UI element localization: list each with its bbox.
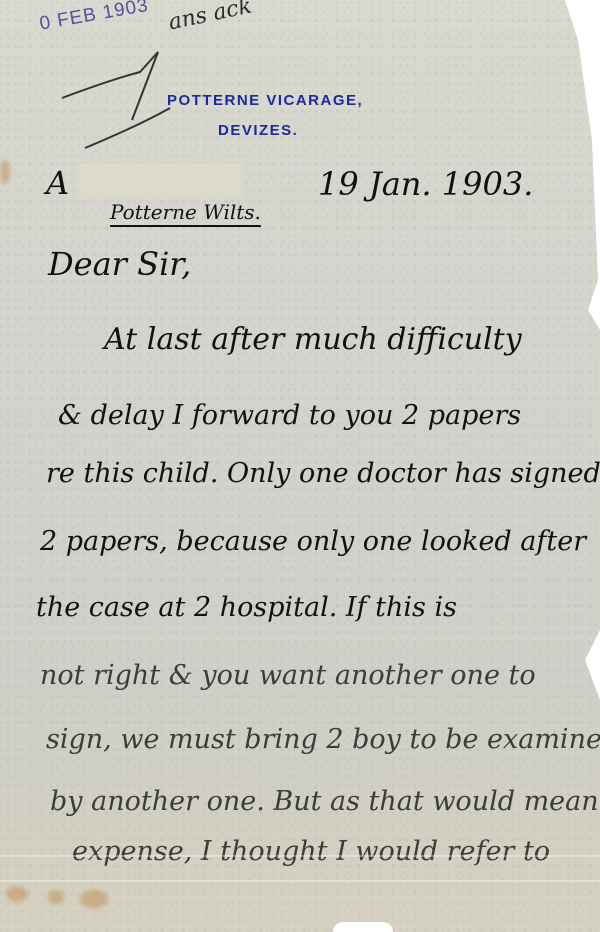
letter-page: 0 FEB 1903 ans ack POTTERNE VICARAGE, DE… (0, 0, 600, 932)
rust-stain (80, 890, 108, 908)
body-line: the case at 2 hospital. If this is (36, 592, 457, 623)
paper-tear (333, 922, 393, 932)
pencil-mark-icon (0, 0, 600, 160)
rust-stain (0, 160, 10, 184)
address-line: Potterne Wilts. (110, 200, 261, 224)
body-line: At last after much difficulty (104, 322, 522, 357)
paper-fold (0, 855, 600, 857)
body-line: & delay I forward to you 2 papers (58, 400, 521, 431)
letter-date: 19 Jan. 1903. (318, 165, 533, 203)
letterhead-line2: DEVIZES. (218, 122, 298, 139)
paper-fold (0, 880, 600, 882)
body-line: re this child. Only one doctor has signe… (46, 458, 600, 489)
rust-stain (48, 890, 64, 904)
body-line: expense, I thought I would refer to (72, 836, 550, 867)
salutation: Dear Sir, (48, 245, 191, 283)
body-line: sign, we must bring 2 boy to be examined (46, 724, 600, 755)
address-prefix: A (46, 164, 69, 202)
rust-stain (6, 886, 28, 902)
letterhead-line1: POTTERNE VICARAGE, (167, 92, 363, 109)
body-line: by another one. But as that would mean (50, 786, 599, 817)
redacted-region (78, 164, 241, 199)
body-line: 2 papers, because only one looked after (40, 526, 586, 557)
body-line: not right & you want another one to (40, 660, 536, 691)
